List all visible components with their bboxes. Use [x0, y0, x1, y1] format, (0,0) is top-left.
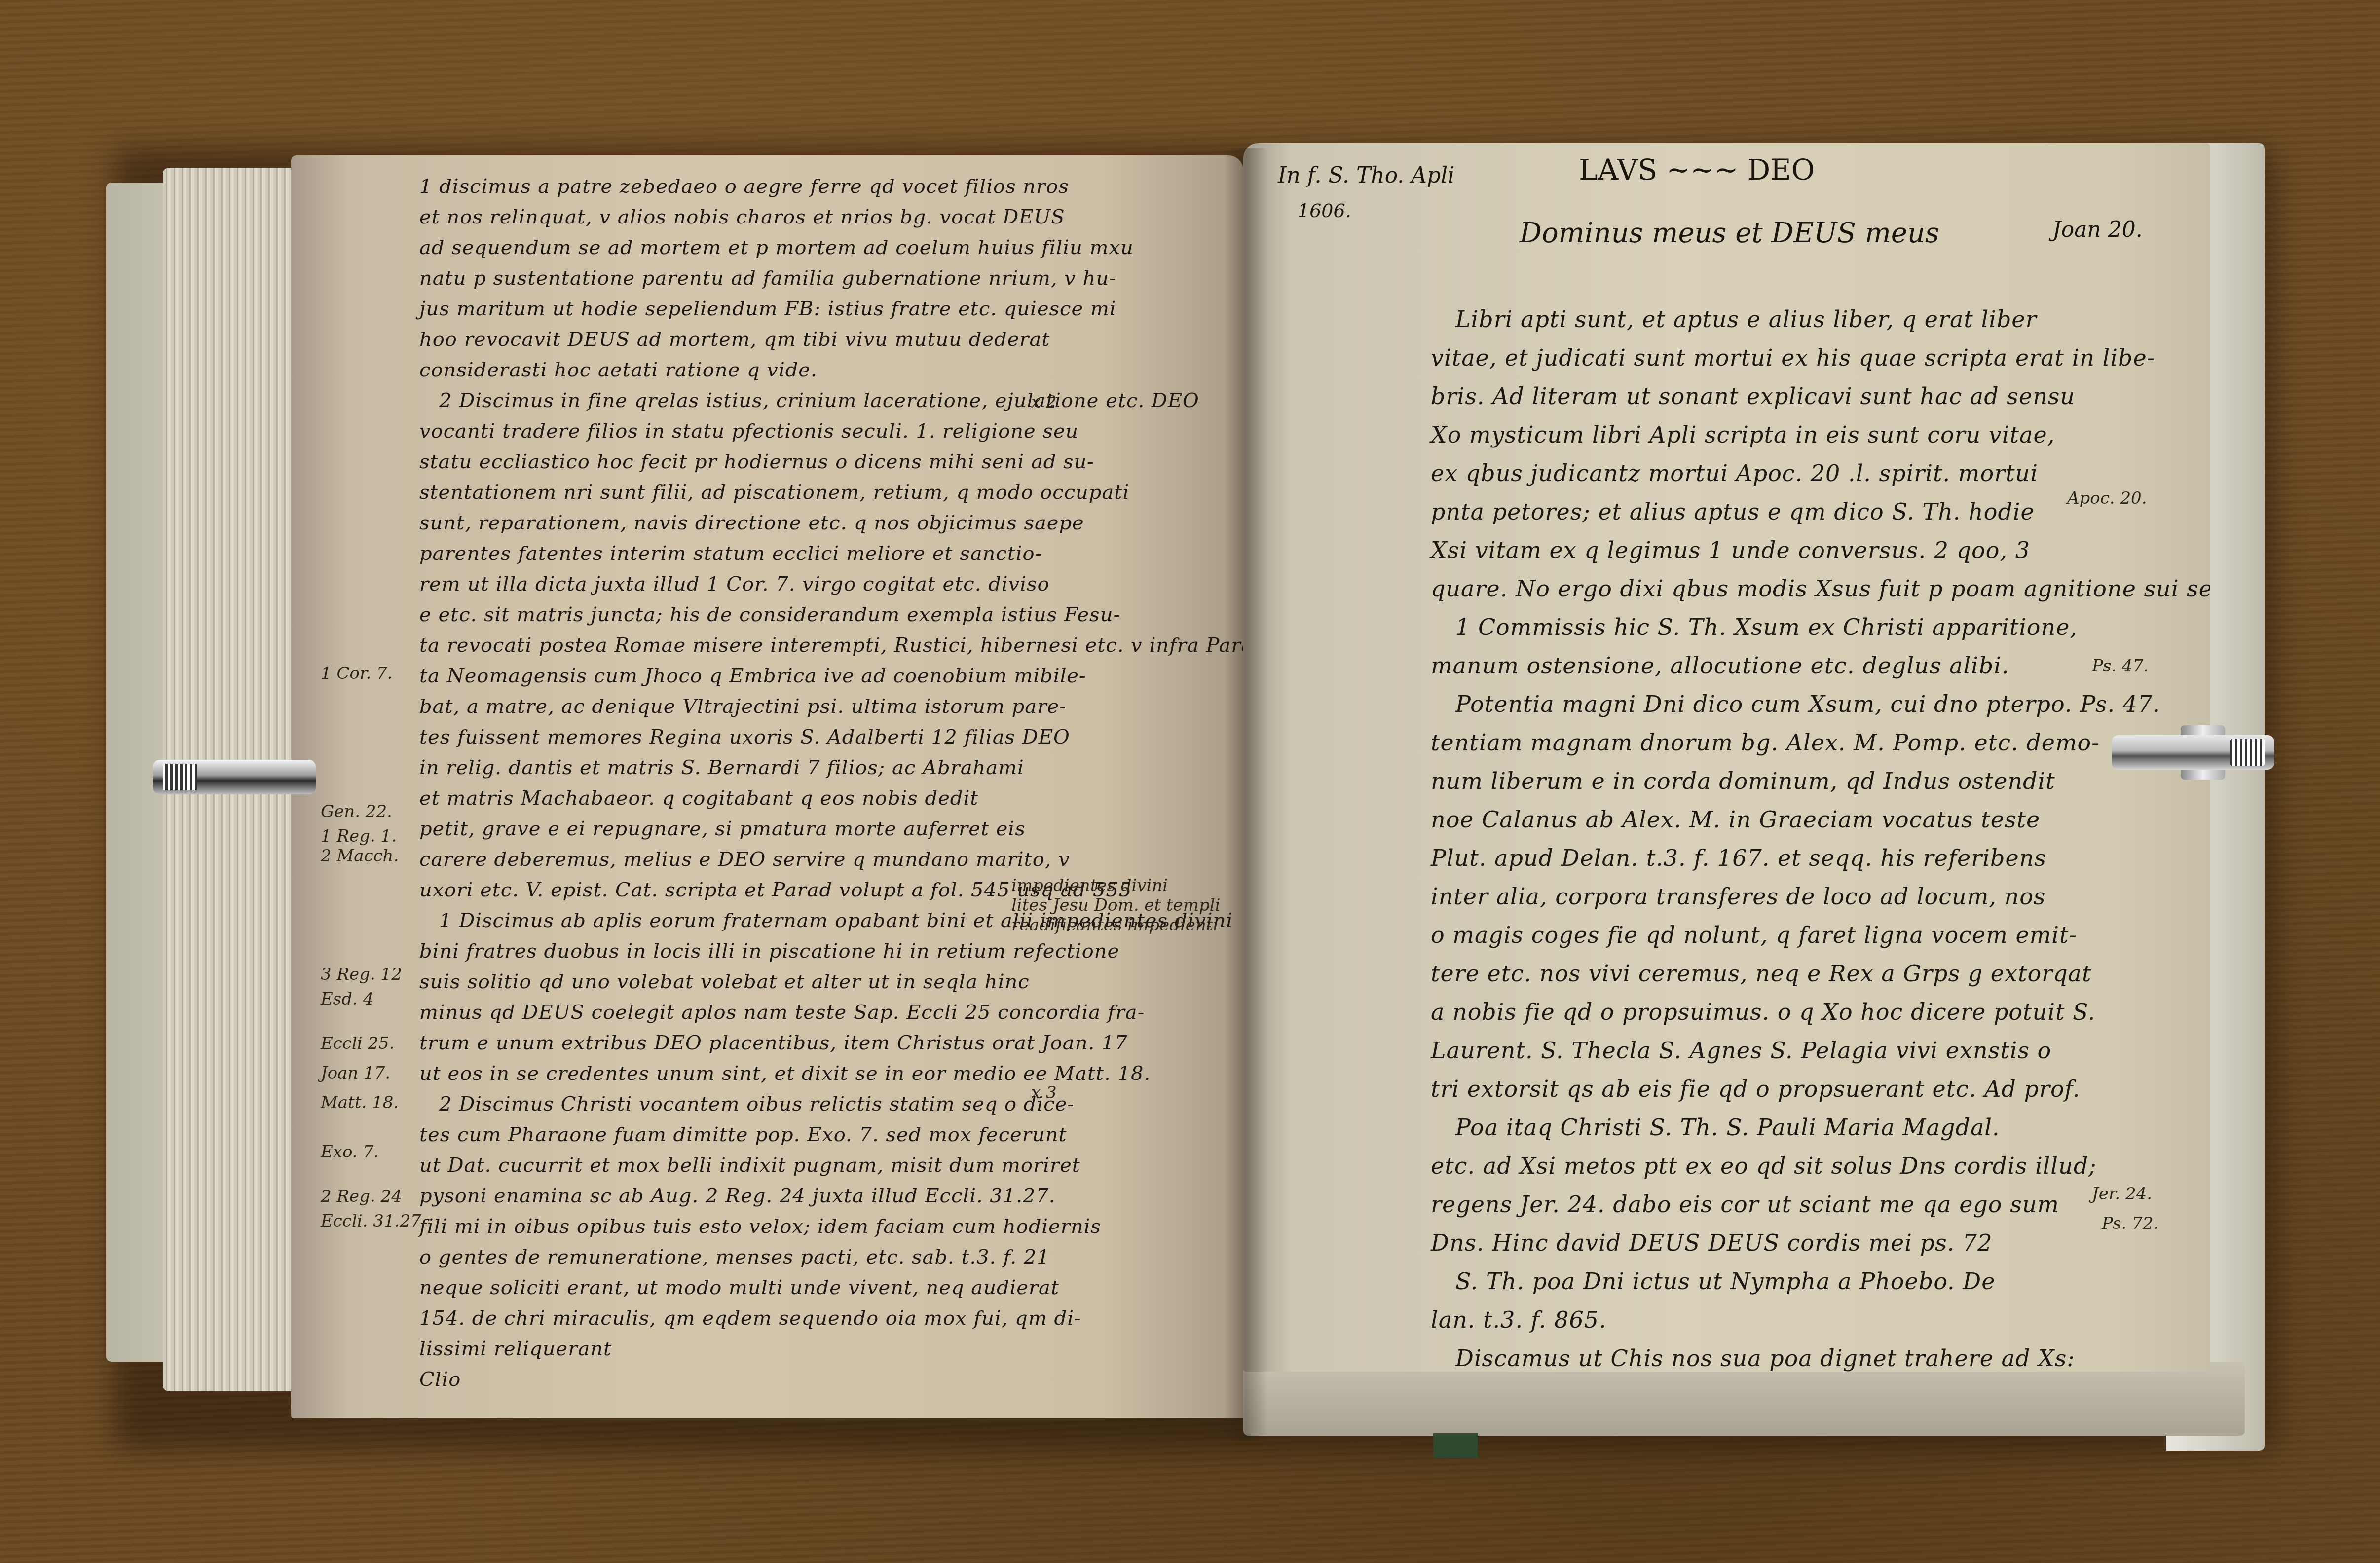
manuscript-line: 1 Commissis hic S. Th. Xsum ex Christi a…: [1455, 614, 2078, 640]
margin-note: Gen. 22.: [321, 802, 392, 821]
right-metal-clip: [2112, 725, 2274, 780]
manuscript-line: trum e unum extribus DEO placentibus, it…: [419, 1032, 1128, 1054]
manuscript-line: rem ut illa dicta juxta illud 1 Cor. 7. …: [419, 573, 1050, 595]
manuscript-line: ta Neomagensis cum Jhoco q Embrica ive a…: [419, 665, 1086, 687]
manuscript-line: 2 Discimus Christi vocantem oibus relict…: [439, 1093, 1075, 1116]
margin-note: Ps. 72.: [2102, 1214, 2158, 1233]
margin-note: readificantes impedienti: [1011, 915, 1218, 935]
margin-note: 2 Reg. 24: [321, 1187, 402, 1206]
manuscript-line: inter alia, corpora transferes de loco a…: [1431, 883, 2045, 910]
manuscript-line: bat, a matre, ac denique Vltrajectini ps…: [419, 695, 1067, 718]
title-reference: Joan 20.: [2052, 217, 2143, 242]
book-gutter: [1224, 148, 1268, 1441]
manuscript-line: 1 discimus a patre zebedaeo o aegre ferr…: [419, 175, 1069, 198]
manuscript-line: in relig. dantis et matris S. Bernardi 7…: [419, 756, 1024, 779]
manuscript-line: ad sequendum se ad mortem et p mortem ad…: [419, 236, 1134, 259]
year: 1606.: [1298, 200, 1351, 222]
manuscript-line: lan. t.3. f. 865.: [1431, 1306, 1607, 1333]
manuscript-line: carere deberemus, melius e DEO servire q…: [419, 848, 1070, 871]
left-metal-clip: [153, 750, 316, 804]
manuscript-line: statu eccliastico hoc fecit pr hodiernus…: [419, 450, 1094, 473]
manuscript-line: o magis coges fie qd nolunt, q faret lig…: [1431, 922, 2077, 948]
manuscript-line: Plut. apud Delan. t.3. f. 167. et seqq. …: [1431, 845, 2046, 871]
manuscript-line: 154. de chri miraculis, qm eqdem sequend…: [419, 1307, 1081, 1330]
left-page: 1 discimus a patre zebedaeo o aegre ferr…: [291, 155, 1243, 1418]
margin-note: Matt. 18.: [321, 1093, 399, 1113]
manuscript-line: regens Jer. 24. dabo eis cor ut sciant m…: [1431, 1191, 2059, 1218]
margin-note: Exo. 7.: [321, 1142, 379, 1162]
manuscript-line: pnta petores; et alius aptus e qm dico S…: [1431, 498, 2035, 525]
manuscript-line: ta revocati postea Romae misere interemp…: [419, 634, 1243, 657]
manuscript-line: etc. ad Xsi metos ptt ex eo qd sit solus…: [1431, 1153, 2097, 1179]
manuscript-line: pysoni enamina sc ab Aug. 2 Reg. 24 juxt…: [419, 1185, 1056, 1207]
right-page: In f. S. Tho. Apli 1606. LAVS ~~~ DEO Do…: [1243, 143, 2210, 1372]
right-cover-bottom: [1243, 1362, 2245, 1436]
manuscript-line: Potentia magni Dni dico cum Xsum, cui dn…: [1455, 691, 2160, 717]
manuscript-line: Xsi vitam ex q legimus 1 unde conversus.…: [1431, 537, 2030, 563]
manuscript-line: noe Calanus ab Alex. M. in Graeciam voca…: [1431, 806, 2040, 833]
manuscript-line: sunt, reparationem, navis directione etc…: [419, 512, 1084, 534]
manuscript-line: tes cum Pharaone fuam dimitte pop. Exo. …: [419, 1123, 1067, 1146]
manuscript-line: jus maritum ut hodie sepeliendum FB: ist…: [419, 298, 1116, 320]
page-header: LAVS ~~~ DEO: [1579, 153, 1815, 186]
manuscript-line: Xo mysticum libri Apli scripta in eis su…: [1431, 421, 2055, 448]
manuscript-line: bini fratres duobus in locis illi in pis…: [419, 940, 1119, 963]
manuscript-line: a nobis fie qd o propsuimus. o q Xo hoc …: [1431, 999, 2095, 1025]
manuscript-line: tentiam magnam dnorum bg. Alex. M. Pomp.…: [1431, 729, 2100, 756]
margin-note: 1 Reg. 1.: [321, 826, 397, 846]
clip-grip-icon: [2230, 739, 2265, 766]
margin-note: x 2: [1031, 392, 1057, 412]
margin-note: 2 Macch.: [321, 846, 399, 866]
manuscript-line: Discamus ut Chis nos sua poa dignet trah…: [1455, 1345, 2075, 1372]
margin-note: Apoc. 20.: [2067, 488, 2147, 508]
manuscript-line: parentes fatentes interim statum ecclici…: [419, 542, 1042, 565]
manuscript-line: ut eos in se credentes unum sint, et dix…: [419, 1062, 1151, 1085]
margin-note: 1 Cor. 7.: [321, 664, 393, 683]
bookmark-ribbon: [1433, 1433, 1478, 1458]
manuscript-photo: 1 discimus a patre zebedaeo o aegre ferr…: [0, 0, 2380, 1563]
manuscript-line: quare. No ergo dixi qbus modis Xsus fuit…: [1431, 575, 2210, 602]
manuscript-line: considerasti hoc aetati ratione q vide.: [419, 359, 818, 381]
manuscript-line: suis solitio qd uno volebat volebat et a…: [419, 970, 1030, 993]
manuscript-line: bris. Ad literam ut sonant explicavi sun…: [1431, 383, 2075, 409]
manuscript-line: et matris Machabaeor. q cogitabant q eos…: [419, 787, 978, 810]
manuscript-line: tri extorsit qs ab eis fie qd o propsuer…: [1431, 1076, 2081, 1102]
manuscript-line: S. Th. poa Dni ictus ut Nympha a Phoebo.…: [1455, 1268, 1995, 1295]
margin-note: lites Jesu Dom. et templi: [1011, 895, 1220, 915]
manuscript-line: Dns. Hinc david DEUS DEUS cordis mei ps.…: [1431, 1229, 1992, 1256]
manuscript-line: Clio: [419, 1368, 461, 1391]
manuscript-line: Libri apti sunt, et aptus e alius liber,…: [1455, 306, 2037, 333]
manuscript-line: num liberum e in corda dominum, qd Indus…: [1431, 768, 2055, 794]
manuscript-line: vocanti tradere filios in statu pfection…: [419, 420, 1078, 443]
manuscript-line: vitae, et judicati sunt mortui ex his qu…: [1431, 344, 2155, 371]
margin-note: x 3: [1031, 1083, 1057, 1103]
manuscript-line: minus qd DEUS coelegit aplos nam teste S…: [419, 1001, 1145, 1024]
margin-note: Ps. 47.: [2092, 656, 2149, 676]
manuscript-line: 2 Discimus in fine qrelas istius, criniu…: [439, 389, 1199, 412]
margin-note: Eccli. 31.27: [321, 1211, 421, 1231]
manuscript-line: o gentes de remuneratione, menses pacti,…: [419, 1246, 1050, 1268]
manuscript-line: neque soliciti erant, ut modo multi unde…: [419, 1276, 1059, 1299]
manuscript-line: Laurent. S. Thecla S. Agnes S. Pelagia v…: [1431, 1037, 2051, 1064]
manuscript-line: fili mi in oibus opibus tuis esto velox;…: [419, 1215, 1101, 1238]
top-note: In f. S. Tho. Apli: [1278, 163, 1454, 188]
manuscript-line: et nos relinquat, v alios nobis charos e…: [419, 206, 1065, 228]
page-title: Dominus meus et DEUS meus: [1520, 217, 1939, 249]
margin-note: impedientes divini: [1011, 876, 1168, 895]
manuscript-line: petit, grave e ei repugnare, si pmatura …: [419, 818, 1026, 840]
manuscript-line: manum ostensione, allocutione etc. deglu…: [1431, 652, 2009, 679]
manuscript-line: Poa itaq Christi S. Th. S. Pauli Maria M…: [1455, 1114, 2000, 1141]
manuscript-line: natu p sustentatione parentu ad familia …: [419, 267, 1116, 290]
clip-grip-icon: [163, 764, 197, 790]
manuscript-line: ex qbus judicantz mortui Apoc. 20 .l. sp…: [1431, 460, 2038, 486]
margin-note: Esd. 4: [321, 989, 373, 1009]
manuscript-line: lissimi reliquerant: [419, 1338, 612, 1360]
manuscript-line: e etc. sit matris juncta; his de conside…: [419, 603, 1120, 626]
margin-note: Joan 17.: [321, 1063, 390, 1083]
manuscript-line: hoo revocavit DEUS ad mortem, qm tibi vi…: [419, 328, 1050, 351]
margin-note: Jer. 24.: [2092, 1184, 2152, 1204]
manuscript-line: ut Dat. cucurrit et mox belli indixit pu…: [419, 1154, 1080, 1177]
manuscript-line: tere etc. nos vivi ceremus, neq e Rex a …: [1431, 960, 2092, 987]
margin-note: Eccli 25.: [321, 1034, 395, 1053]
manuscript-line: stentationem nri sunt filii, ad piscatio…: [419, 481, 1129, 504]
margin-note: 3 Reg. 12: [321, 965, 402, 984]
manuscript-line: tes fuissent memores Regina uxoris S. Ad…: [419, 726, 1070, 748]
